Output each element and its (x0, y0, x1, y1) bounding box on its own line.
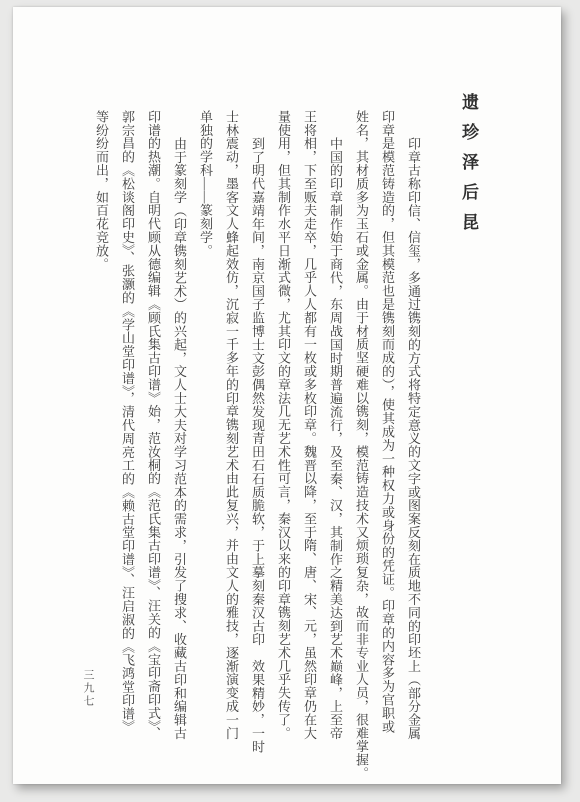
text-column: 士林震动，墨客文人蜂起效仿，沉寂一千多年的印章镌刻艺术由此复兴，并由文人的雅技，… (218, 110, 244, 740)
text-column: 量使用，但其制作水平日渐式微，尤其印文的章法几无艺术性可言，秦汉以来的印章镌刻艺… (270, 110, 296, 740)
text-column: 印谱的热潮。自明代顾从德编辑《顾氏集古印谱》始，范汝桐的《范氏集古印谱》、汪关的… (140, 110, 166, 740)
text-column: 印章古称印信、信玺，多通过镌刻的方式将特定意义的文字或图案反刻在质地不同的印坯上… (400, 110, 426, 740)
text-column: 郭宗昌的《松谈阁印史》、张灏的《学山堂印谱》，清代周亮工的《赖古堂印谱》、汪启淑… (114, 110, 140, 734)
text-column: 到了明代嘉靖年间，南京国子监博士文彭偶然发现青田石石质脆软，于上摹刻秦汉古印 效… (244, 110, 270, 753)
body-text: 印章古称印信、信玺，多通过镌刻的方式将特定意义的文字或图案反刻在质地不同的印坯上… (88, 110, 426, 728)
text-column: 等纷纷而出，如百花竞放。 (88, 110, 114, 271)
page-number: 三九七 (80, 669, 96, 708)
text-column: 中国的印章制作始于商代，东周战国时期普遍流行，及至秦、汉，其制作之精美达到艺术巅… (322, 110, 348, 740)
text-column: 由于篆刻学（印章镌刻艺术）的兴起，文人士大夫对学习范本的需求，引发了搜求、收藏古… (166, 110, 192, 740)
text-column: 王将相，下至贩夫走卒，几乎人人都有一枚或多枚印章。魏晋以降，至于隋、唐、宋、元，… (296, 110, 322, 740)
scanned-book-spread: 遗珍泽后昆 印章古称印信、信玺，多通过镌刻的方式将特定意义的文字或图案反刻在质地… (0, 0, 580, 802)
text-column: 印章是模范铸造的，但其模范也是镌刻而成的），使其成为一种权力或身份的凭证。印章的… (374, 110, 400, 733)
chapter-title: 遗珍泽后昆 (453, 93, 483, 243)
book-page: 遗珍泽后昆 印章古称印信、信玺，多通过镌刻的方式将特定意义的文字或图案反刻在质地… (13, 7, 561, 784)
text-column: 姓名，其材质多为玉石或金属。由于材质坚硬难以镌刻，模范铸造技术又烦琐复杂，故而非… (348, 110, 374, 780)
text-column: 单独的学科——篆刻学。 (192, 110, 218, 257)
